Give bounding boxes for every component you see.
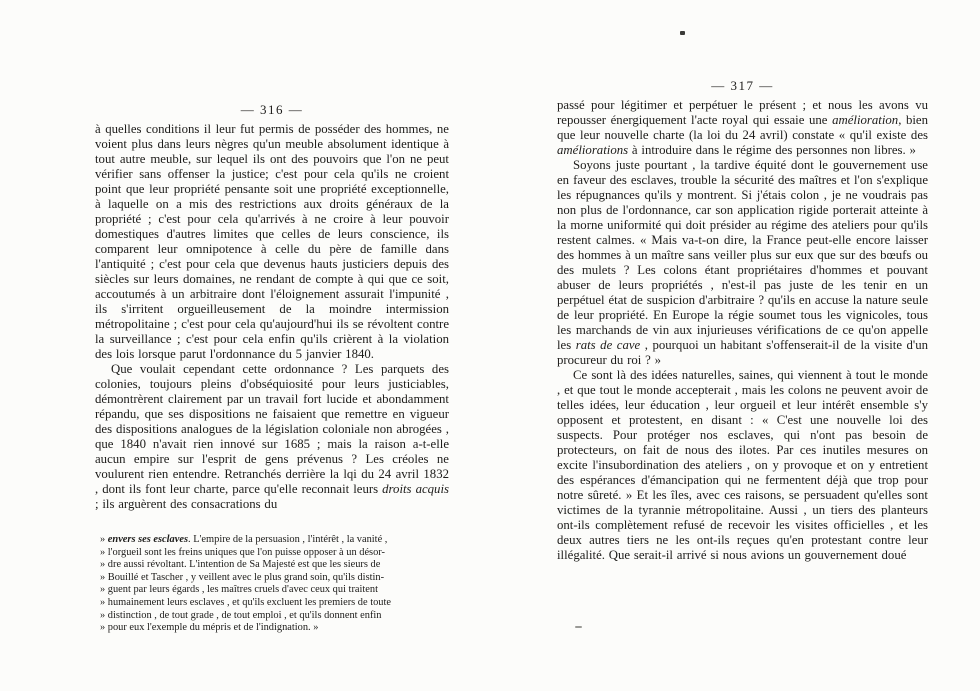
page-body-316: à quelles conditions il leur fut permis …	[95, 122, 449, 635]
footnote-line: » guent par leurs égards , les maîtres c…	[100, 584, 449, 597]
paragraph: Que voulait cependant cette ordonnance ?…	[95, 362, 449, 512]
page-number-317: — 317 —	[557, 78, 928, 94]
paragraph: Soyons juste pourtant , la tardive équit…	[557, 158, 928, 368]
footnote-line: » Bouillé et Tascher , y veillent avec l…	[100, 572, 449, 585]
page-317: — 317 — passé pour légitimer et perpétue…	[557, 78, 928, 563]
footnote-line: » humainement leurs esclaves , et qu'ils…	[100, 597, 449, 610]
paragraph: passé pour légitimer et perpétuer le pré…	[557, 98, 928, 158]
paragraph: Ce sont là des idées naturelles, saines,…	[557, 368, 928, 563]
scan-speck-bottom	[575, 626, 582, 628]
scan-speck-top	[680, 31, 685, 35]
footnote-block: » envers ses esclaves. L'empire de la pe…	[95, 534, 449, 635]
footnote-line: » envers ses esclaves. L'empire de la pe…	[100, 534, 449, 547]
page-number-316: — 316 —	[95, 102, 449, 118]
page-316: — 316 — à quelles conditions il leur fut…	[95, 102, 449, 635]
footnote-line: » dre aussi révoltant. L'intention de Sa…	[100, 559, 449, 572]
paragraph: à quelles conditions il leur fut permis …	[95, 122, 449, 362]
footnote-line: » pour eux l'exemple du mépris et de l'i…	[100, 622, 449, 635]
footnote-line: » distinction , de tout grade , de tout …	[100, 610, 449, 623]
book-scan: — 316 — à quelles conditions il leur fut…	[0, 0, 980, 691]
page-body-317: passé pour légitimer et perpétuer le pré…	[557, 98, 928, 563]
footnote-line: » l'orgueil sont les freins uniques que …	[100, 547, 449, 560]
